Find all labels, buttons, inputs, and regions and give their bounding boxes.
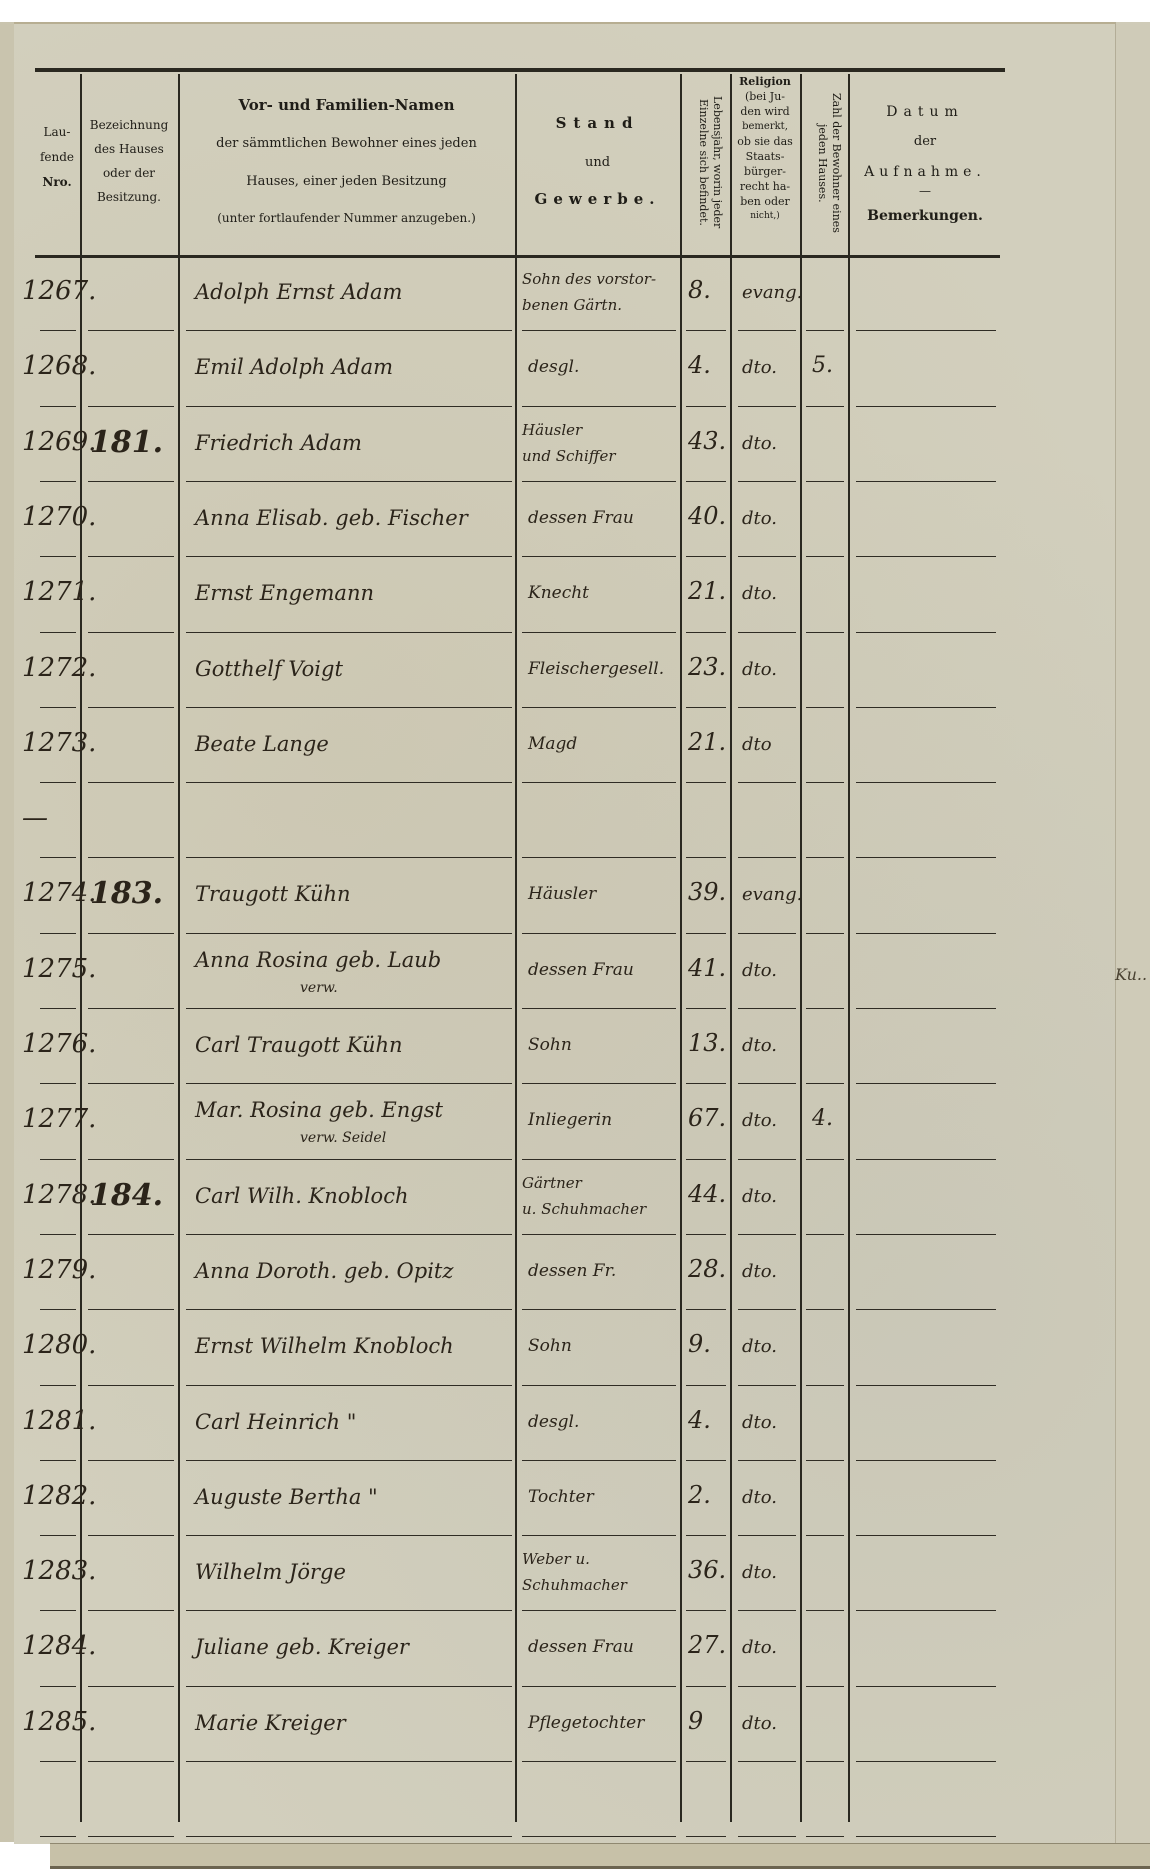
row-separator	[856, 330, 996, 331]
row-separator	[186, 330, 512, 331]
row-separator	[806, 1460, 844, 1461]
row-separator	[738, 1159, 796, 1160]
row-number: 1270.	[22, 502, 96, 532]
row-separator	[856, 1309, 996, 1310]
occupation: Weber u.	[522, 1550, 590, 1568]
row-separator	[522, 1309, 676, 1310]
row-number: 1283.	[22, 1556, 96, 1586]
religion: dto.	[742, 1637, 777, 1658]
age: 41.	[688, 954, 726, 982]
row-separator	[186, 1836, 512, 1837]
house-number: 183.	[90, 876, 163, 911]
row-separator	[186, 933, 512, 934]
row-separator	[88, 1159, 174, 1160]
resident-name: Mar. Rosina geb. Engst	[195, 1098, 443, 1122]
row-separator	[186, 481, 512, 482]
religion: dto.	[742, 1336, 777, 1357]
row-separator	[522, 1008, 676, 1009]
occupation: Gärtner	[522, 1174, 582, 1192]
occupation: Magd	[528, 734, 577, 754]
row-separator	[806, 1535, 844, 1536]
resident-name-note: verw. Seidel	[300, 1130, 386, 1146]
row-separator	[40, 1083, 76, 1084]
row-separator	[856, 857, 996, 858]
row-separator	[686, 1610, 726, 1611]
row-number: 1279.	[22, 1255, 96, 1285]
row-separator	[88, 1460, 174, 1461]
occupation: dessen Frau	[528, 1637, 634, 1657]
row-separator	[856, 1761, 996, 1762]
row-separator	[806, 1159, 844, 1160]
age: 4.	[688, 351, 711, 379]
age: 23.	[688, 653, 726, 681]
age: 2.	[688, 1481, 711, 1509]
row-separator	[856, 782, 996, 783]
row-separator	[522, 857, 676, 858]
row-separator	[88, 1309, 174, 1310]
age: 9	[688, 1707, 703, 1735]
row-separator	[522, 707, 676, 708]
col-rule-6	[800, 74, 802, 1822]
row-separator	[686, 933, 726, 934]
row-separator	[186, 1159, 512, 1160]
row-separator	[738, 1836, 796, 1837]
religion: dto.	[742, 1186, 777, 1207]
row-number: 1280.	[22, 1330, 96, 1360]
row-separator	[738, 857, 796, 858]
row-separator	[522, 1686, 676, 1687]
row-separator	[856, 1159, 996, 1160]
row-separator	[686, 1686, 726, 1687]
age: 40.	[688, 502, 726, 530]
row-separator	[738, 782, 796, 783]
page-bottom-edge	[50, 1843, 1150, 1869]
row-separator	[856, 632, 996, 633]
religion: dto.	[742, 1487, 777, 1508]
row-number: 1281.	[22, 1406, 96, 1436]
row-separator	[522, 1535, 676, 1536]
row-number: 1268.	[22, 351, 96, 381]
occupation: dessen Fr.	[528, 1261, 616, 1281]
row-separator	[186, 632, 512, 633]
row-separator	[88, 632, 174, 633]
row-separator	[738, 933, 796, 934]
row-separator	[186, 556, 512, 557]
resident-name: Beate Lange	[195, 732, 329, 756]
row-separator	[40, 782, 76, 783]
row-separator	[522, 1385, 676, 1386]
row-separator	[88, 857, 174, 858]
row-separator	[738, 632, 796, 633]
row-separator	[806, 330, 844, 331]
row-separator	[856, 707, 996, 708]
row-separator	[522, 1234, 676, 1235]
row-number: —	[22, 803, 48, 833]
age: 43.	[688, 427, 726, 455]
row-separator	[806, 481, 844, 482]
row-separator	[806, 1385, 844, 1386]
row-separator	[738, 330, 796, 331]
row-separator	[738, 1083, 796, 1084]
row-number: 1284.	[22, 1631, 96, 1661]
row-separator	[738, 1008, 796, 1009]
row-separator	[186, 1008, 512, 1009]
row-separator	[88, 707, 174, 708]
age: 8.	[688, 276, 711, 304]
row-separator	[806, 1309, 844, 1310]
row-separator	[88, 1385, 174, 1386]
resident-name: Wilhelm Jörge	[195, 1560, 346, 1584]
religion: dto.	[742, 1110, 777, 1131]
age: 13.	[688, 1029, 726, 1057]
religion: dto.	[742, 1261, 777, 1282]
row-separator	[186, 1761, 512, 1762]
resident-name: Marie Kreiger	[195, 1711, 346, 1735]
row-separator	[856, 933, 996, 934]
occupation: dessen Frau	[528, 960, 634, 980]
occupation: Pflegetochter	[528, 1713, 644, 1733]
row-separator	[856, 1234, 996, 1235]
row-separator	[522, 1761, 676, 1762]
resident-name: Carl Traugott Kühn	[195, 1033, 403, 1057]
row-separator	[806, 933, 844, 934]
row-separator	[40, 1836, 76, 1837]
household-count: 4.	[812, 1106, 833, 1131]
resident-name: Ernst Engemann	[195, 581, 374, 605]
row-separator	[686, 1836, 726, 1837]
row-number: 1278.	[22, 1180, 96, 1210]
row-separator	[686, 556, 726, 557]
resident-name: Friedrich Adam	[195, 431, 362, 455]
row-separator	[686, 1761, 726, 1762]
row-separator	[88, 1008, 174, 1009]
row-separator	[522, 481, 676, 482]
row-separator	[738, 1761, 796, 1762]
row-separator	[686, 707, 726, 708]
row-separator	[88, 1234, 174, 1235]
row-separator	[522, 1083, 676, 1084]
religion: dto.	[742, 357, 777, 378]
row-number: 1282.	[22, 1481, 96, 1511]
age: 39.	[688, 878, 726, 906]
header-lebensjahr: Lebensjahr, worin jeder Einzelne sich be…	[688, 74, 724, 250]
row-separator	[686, 1309, 726, 1310]
row-separator	[806, 1836, 844, 1837]
row-separator	[186, 1309, 512, 1310]
row-separator	[88, 1083, 174, 1084]
occupation: Häusler	[528, 884, 596, 904]
row-separator	[806, 1686, 844, 1687]
row-separator	[186, 1234, 512, 1235]
row-separator	[88, 330, 174, 331]
religion: dto.	[742, 960, 777, 981]
occupation-line2: und Schiffer	[522, 447, 616, 465]
occupation: Häusler	[522, 421, 582, 439]
col-rule-5	[730, 74, 732, 1822]
row-separator	[856, 1460, 996, 1461]
row-separator	[40, 1535, 76, 1536]
row-separator	[806, 1610, 844, 1611]
resident-name: Ernst Wilhelm Knobloch	[195, 1334, 454, 1358]
resident-name: Adolph Ernst Adam	[195, 280, 402, 304]
row-number: 1277.	[22, 1104, 96, 1134]
religion: dto.	[742, 1562, 777, 1583]
row-separator	[522, 1460, 676, 1461]
row-separator	[738, 406, 796, 407]
row-separator	[186, 1083, 512, 1084]
row-separator	[40, 1008, 76, 1009]
resident-name: Juliane geb. Kreiger	[195, 1635, 409, 1659]
house-number: 181.	[90, 425, 163, 460]
row-separator	[856, 1610, 996, 1611]
resident-name: Anna Rosina geb. Laub	[195, 948, 441, 972]
occupation: Inliegerin	[528, 1110, 612, 1130]
row-separator	[738, 1234, 796, 1235]
row-separator	[88, 481, 174, 482]
row-separator	[40, 857, 76, 858]
row-separator	[522, 782, 676, 783]
row-separator	[806, 406, 844, 407]
row-separator	[806, 632, 844, 633]
row-number: 1272.	[22, 653, 96, 683]
resident-name: Anna Doroth. geb. Opitz	[195, 1259, 453, 1283]
age: 67.	[688, 1104, 726, 1132]
row-separator	[40, 1686, 76, 1687]
col-rule-7	[848, 74, 850, 1822]
row-number: 1267.	[22, 276, 96, 306]
religion: dto.	[742, 1713, 777, 1734]
row-separator	[806, 782, 844, 783]
row-separator	[40, 707, 76, 708]
row-separator	[40, 1159, 76, 1160]
religion: dto.	[742, 659, 777, 680]
col-rule-4	[680, 74, 682, 1822]
row-separator	[40, 1234, 76, 1235]
row-separator	[186, 1385, 512, 1386]
row-separator	[686, 1535, 726, 1536]
row-separator	[856, 1686, 996, 1687]
page-edge-stack	[1115, 22, 1150, 1852]
col-rule-2	[178, 74, 180, 1822]
row-separator	[522, 330, 676, 331]
col-rule-3	[515, 74, 517, 1822]
row-separator	[186, 857, 512, 858]
resident-name-note: verw.	[300, 980, 338, 996]
row-separator	[522, 1159, 676, 1160]
age: 27.	[688, 1631, 726, 1659]
occupation: Sohn des vorstor-	[522, 270, 656, 288]
resident-name: Carl Wilh. Knobloch	[195, 1184, 409, 1208]
row-separator	[686, 1234, 726, 1235]
row-separator	[856, 1008, 996, 1009]
row-separator	[738, 1309, 796, 1310]
row-separator	[88, 1761, 174, 1762]
row-separator	[686, 782, 726, 783]
row-separator	[522, 933, 676, 934]
occupation: Fleischergesell.	[528, 659, 664, 679]
occupation: desgl.	[528, 357, 579, 377]
row-separator	[186, 707, 512, 708]
row-separator	[686, 857, 726, 858]
row-separator	[856, 481, 996, 482]
occupation: Knecht	[528, 583, 589, 603]
row-separator	[40, 1385, 76, 1386]
row-separator	[88, 556, 174, 557]
age: 9.	[688, 1330, 711, 1358]
row-separator	[522, 556, 676, 557]
occupation: desgl.	[528, 1412, 579, 1432]
row-separator	[40, 1761, 76, 1762]
house-number: 184.	[90, 1178, 163, 1213]
religion: evang.	[742, 282, 802, 303]
header-top-rule	[35, 68, 1005, 72]
row-separator	[186, 1535, 512, 1536]
row-separator	[686, 1460, 726, 1461]
row-separator	[88, 1686, 174, 1687]
row-separator	[88, 933, 174, 934]
row-separator	[806, 857, 844, 858]
age: 4.	[688, 1406, 711, 1434]
religion: dto.	[742, 1412, 777, 1433]
row-separator	[856, 1083, 996, 1084]
age: 44.	[688, 1180, 726, 1208]
resident-name: Auguste Bertha "	[195, 1485, 378, 1509]
row-separator	[738, 1385, 796, 1386]
row-separator	[686, 632, 726, 633]
row-separator	[738, 556, 796, 557]
occupation: Tochter	[528, 1487, 594, 1507]
row-separator	[186, 782, 512, 783]
row-separator	[522, 406, 676, 407]
row-separator	[686, 406, 726, 407]
row-separator	[88, 1836, 174, 1837]
age: 21.	[688, 577, 726, 605]
row-separator	[686, 1385, 726, 1386]
row-separator	[738, 1686, 796, 1687]
row-separator	[88, 1610, 174, 1611]
row-separator	[186, 1610, 512, 1611]
row-number: 1273.	[22, 728, 96, 758]
row-separator	[88, 406, 174, 407]
age: 36.	[688, 1556, 726, 1584]
row-separator	[40, 556, 76, 557]
row-separator	[856, 1535, 996, 1536]
row-separator	[856, 406, 996, 407]
resident-name: Traugott Kühn	[195, 882, 351, 906]
row-number: 1274.	[22, 878, 96, 908]
row-separator	[738, 707, 796, 708]
row-separator	[806, 1234, 844, 1235]
row-separator	[522, 632, 676, 633]
religion: dto.	[742, 508, 777, 529]
row-number: 1276.	[22, 1029, 96, 1059]
header-zahl-bewohner: Zahl der Bewohner eines jeden Hauses.	[805, 80, 843, 246]
resident-name: Anna Elisab. geb. Fischer	[195, 506, 468, 530]
row-separator	[40, 1610, 76, 1611]
row-separator	[186, 1686, 512, 1687]
row-separator	[738, 481, 796, 482]
religion: dto	[742, 734, 772, 755]
row-separator	[522, 1610, 676, 1611]
occupation-line2: benen Gärtn.	[522, 296, 622, 314]
row-separator	[856, 1385, 996, 1386]
row-separator	[40, 933, 76, 934]
row-separator	[686, 330, 726, 331]
row-separator	[88, 782, 174, 783]
row-separator	[806, 707, 844, 708]
row-separator	[40, 1460, 76, 1461]
row-separator	[40, 406, 76, 407]
age: 28.	[688, 1255, 726, 1283]
occupation: dessen Frau	[528, 508, 634, 528]
row-separator	[40, 1309, 76, 1310]
row-separator	[88, 1535, 174, 1536]
religion: dto.	[742, 433, 777, 454]
margin-mark: Ku..	[1115, 965, 1147, 984]
row-number: 1275.	[22, 954, 96, 984]
row-separator	[856, 556, 996, 557]
row-separator	[186, 406, 512, 407]
religion: dto.	[742, 1035, 777, 1056]
household-count: 5.	[812, 353, 833, 378]
occupation-line2: u. Schuhmacher	[522, 1200, 646, 1218]
occupation-line2: Schuhmacher	[522, 1576, 627, 1594]
row-separator	[40, 481, 76, 482]
occupation: Sohn	[528, 1336, 572, 1356]
row-separator	[40, 330, 76, 331]
religion: evang.	[742, 884, 802, 905]
row-separator	[806, 1761, 844, 1762]
row-separator	[806, 1008, 844, 1009]
row-number: 1271.	[22, 577, 96, 607]
row-separator	[40, 632, 76, 633]
row-separator	[856, 1836, 996, 1837]
row-separator	[686, 481, 726, 482]
row-number: 1269.	[22, 427, 96, 457]
row-separator	[806, 556, 844, 557]
row-separator	[686, 1008, 726, 1009]
row-separator	[738, 1610, 796, 1611]
resident-name: Carl Heinrich "	[195, 1410, 356, 1434]
row-separator	[186, 1460, 512, 1461]
row-separator	[686, 1159, 726, 1160]
row-separator	[738, 1535, 796, 1536]
row-separator	[738, 1460, 796, 1461]
row-separator	[522, 1836, 676, 1837]
row-number: 1285.	[22, 1707, 96, 1737]
resident-name: Gotthelf Voigt	[195, 657, 343, 681]
occupation: Sohn	[528, 1035, 572, 1055]
row-separator	[686, 1083, 726, 1084]
religion: dto.	[742, 583, 777, 604]
resident-name: Emil Adolph Adam	[195, 355, 393, 379]
row-separator	[806, 1083, 844, 1084]
age: 21.	[688, 728, 726, 756]
